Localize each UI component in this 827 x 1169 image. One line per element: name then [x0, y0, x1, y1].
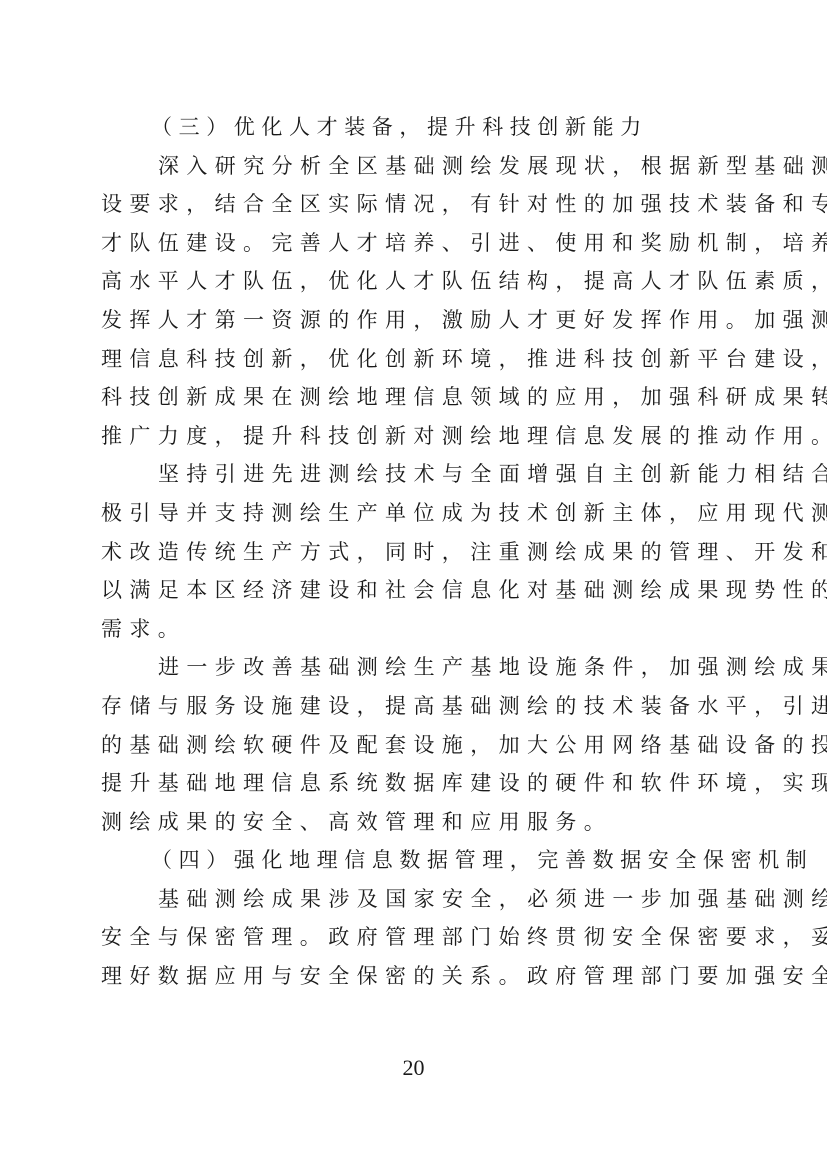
paragraph-line: 理好数据应用与安全保密的关系。政府管理部门要加强安全保密	[101, 957, 729, 996]
paragraph-line: 推广力度，提升科技创新对测绘地理信息发展的推动作用。	[101, 417, 729, 456]
paragraph: 坚持引进先进测绘技术与全面增强自主创新能力相结合，积 极引导并支持测绘生产单位成…	[101, 455, 729, 648]
paragraph-line: 科技创新成果在测绘地理信息领域的应用，加强科研成果转化和	[101, 378, 729, 417]
paragraph-line: 的基础测绘软硬件及配套设施，加大公用网络基础设备的投入，	[101, 726, 729, 765]
paragraph-line: 坚持引进先进测绘技术与全面增强自主创新能力相结合，积	[101, 455, 729, 494]
paragraph-line: 深入研究分析全区基础测绘发展现状，根据新型基础测绘建	[101, 147, 729, 186]
paragraph-line: 提升基础地理信息系统数据库建设的硬件和软件环境，实现基础	[101, 764, 729, 803]
paragraph-line: 基础测绘成果涉及国家安全，必须进一步加强基础测绘成果	[101, 880, 729, 919]
paragraph-line: 以满足本区经济建设和社会信息化对基础测绘成果现势性的迫切	[101, 571, 729, 610]
document-page: （三）优化人才装备，提升科技创新能力 深入研究分析全区基础测绘发展现状，根据新型…	[101, 108, 729, 996]
paragraph-line: 才队伍建设。完善人才培养、引进、使用和奖励机制，培养造就	[101, 224, 729, 263]
section-heading-3: （三）优化人才装备，提升科技创新能力	[101, 108, 729, 147]
paragraph: 基础测绘成果涉及国家安全，必须进一步加强基础测绘成果 安全与保密管理。政府管理部…	[101, 880, 729, 996]
paragraph-line: 理信息科技创新，优化创新环境，推进科技创新平台建设，注重	[101, 340, 729, 379]
paragraph: 深入研究分析全区基础测绘发展现状，根据新型基础测绘建 设要求，结合全区实际情况，…	[101, 147, 729, 456]
paragraph-line: 测绘成果的安全、高效管理和应用服务。	[101, 803, 729, 842]
paragraph-line: 设要求，结合全区实际情况，有针对性的加强技术装备和专业人	[101, 185, 729, 224]
paragraph-line: 极引导并支持测绘生产单位成为技术创新主体，应用现代测绘技	[101, 494, 729, 533]
paragraph: 进一步改善基础测绘生产基地设施条件，加强测绘成果档案 存储与服务设施建设，提高基…	[101, 648, 729, 841]
paragraph-line: 发挥人才第一资源的作用，激励人才更好发挥作用。加强测绘地	[101, 301, 729, 340]
paragraph-line: 术改造传统生产方式，同时，注重测绘成果的管理、开发和利用，	[101, 533, 729, 572]
paragraph-line: 存储与服务设施建设，提高基础测绘的技术装备水平，引进先进	[101, 687, 729, 726]
paragraph-line: 安全与保密管理。政府管理部门始终贯彻安全保密要求，妥善处	[101, 918, 729, 957]
page-number: 20	[0, 1055, 827, 1081]
section-heading-4: （四）强化地理信息数据管理，完善数据安全保密机制	[101, 841, 729, 880]
paragraph-line: 需求。	[101, 610, 729, 649]
paragraph-line: 进一步改善基础测绘生产基地设施条件，加强测绘成果档案	[101, 648, 729, 687]
paragraph-line: 高水平人才队伍，优化人才队伍结构，提高人才队伍素质，充分	[101, 262, 729, 301]
